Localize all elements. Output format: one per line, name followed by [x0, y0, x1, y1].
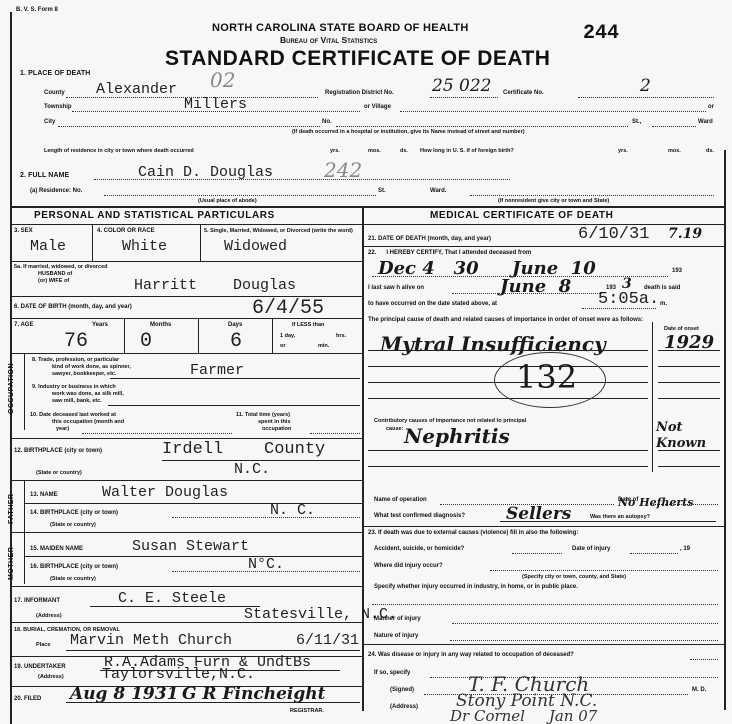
certify-label: 22. I HEREBY CERTIFY, That I attended de… — [368, 250, 531, 256]
hospital-note: (If death occurred in a hospital or inst… — [292, 129, 525, 135]
form-id: B. V. S. Form 8 — [16, 7, 58, 13]
age-months-value: 0 — [140, 330, 152, 353]
residence-ward-label: Ward. — [430, 188, 446, 194]
principal-cause-label: The principal cause of death and related… — [368, 315, 718, 325]
time-suffix: m. — [660, 301, 667, 307]
trade-label-1: 8. Trade, profession, or particular — [32, 357, 119, 363]
death-certificate: B. V. S. Form 8 NORTH CAROLINA STATE BOA… — [0, 0, 732, 724]
industry-label-1: 9. Industry or business in which — [32, 384, 116, 390]
last-worked-label-1: 10. Date deceased last worked at — [30, 412, 116, 418]
contributory-onset-value: Not Known — [656, 420, 722, 452]
date-of-death-extra: 7.19 — [668, 226, 702, 242]
foreign-birth-label: How long in U. S. if of foreign birth? — [420, 148, 514, 154]
ward-label: Ward — [698, 119, 713, 125]
county-label: County — [44, 90, 65, 96]
township-value: Millers — [184, 96, 247, 113]
burial-place-value: Marvin Meth Church — [70, 632, 232, 649]
residence-st-label: St. — [378, 188, 386, 194]
contributory-label-2: cause: — [386, 426, 403, 432]
trade-label-3: sawyer, bookkeeper, etc. — [52, 371, 117, 377]
filed-label: 20. FILED — [14, 696, 41, 702]
no-label: No. — [322, 119, 332, 125]
age-years-value: 76 — [64, 330, 88, 353]
birthplace-value: Irdell County — [162, 440, 325, 459]
time-of-death-value: 5:05a. — [598, 290, 659, 309]
full-name-annotation: 242 — [324, 158, 362, 182]
right-border — [724, 150, 726, 710]
signed-label: (Signed) — [390, 687, 414, 693]
bureau-title: Bureau of Vital Statistics — [280, 35, 377, 45]
autopsy-label: Was there an autopsy? — [590, 514, 650, 520]
nature-label: Nature of injury — [374, 633, 418, 639]
days-label: Days — [228, 322, 242, 328]
or-label: or — [708, 104, 714, 110]
yrs-label: yrs. — [330, 148, 340, 154]
filed-value: Aug 8 1931 — [70, 684, 178, 704]
marital-value: Widowed — [224, 238, 287, 255]
father-name-label: 13. NAME — [30, 492, 58, 498]
spouse-label-3: (or) WIFE of — [38, 278, 69, 284]
or-label-age: or — [280, 343, 286, 349]
total-time-label-1: 11. Total time (years) — [236, 412, 290, 418]
trade-label-2: kind of work done, as spinner, — [52, 364, 131, 370]
last-worked-label-3: year) — [56, 426, 69, 432]
father-state-label: (State or country) — [50, 522, 96, 528]
burial-date-value: 6/11/31 — [296, 632, 359, 649]
less-than-label: If LESS than — [292, 322, 324, 328]
place-of-death-label: 1. PLACE OF DEATH — [20, 70, 90, 77]
manner-label: Manner of injury — [374, 616, 421, 622]
birthplace-state-value: N.C. — [234, 461, 270, 478]
informant-value: C. E. Steele — [118, 590, 226, 607]
principal-cause-value: Mytral Insufficiency — [380, 332, 606, 356]
father-birthplace-label: 14. BIRTHPLACE (city or town) — [30, 510, 118, 516]
registration-district-label: Registration District No. — [325, 90, 394, 96]
burial-place-label: Place — [36, 642, 50, 648]
age-days-value: 6 — [230, 330, 242, 353]
bottom-annotation: Dr Cornel Jan 07 — [450, 707, 597, 724]
board-title: NORTH CAROLINA STATE BOARD OF HEALTH — [212, 22, 469, 34]
personal-section-title: PERSONAL AND STATISTICAL PARTICULARS — [34, 210, 275, 221]
accident-label: Accident, suicide, or homicide? — [374, 546, 464, 552]
registration-district-value: 25 022 — [432, 76, 491, 96]
date-injury-label: Date of injury — [572, 546, 610, 552]
undertaker-address-value: Taylorsville,N.C. — [102, 666, 255, 683]
father-side-label: FATHER — [8, 494, 15, 524]
min-label: min. — [318, 343, 329, 349]
trade-value: Farmer — [190, 362, 244, 379]
birthplace-state-label: (State or country) — [36, 470, 82, 476]
annotation-top: 02 — [210, 68, 235, 92]
ds-label-2: ds. — [706, 148, 714, 154]
column-divider — [362, 207, 364, 711]
certificate-value: 2 — [640, 76, 651, 96]
occurred-label: to have occurred on the date stated abov… — [368, 301, 497, 307]
total-time-label-3: occupation — [262, 426, 291, 432]
full-name-label: 2. FULL NAME — [20, 172, 69, 179]
city-label: City — [44, 119, 55, 125]
industry-label-2: work was done, as silk mill, — [52, 391, 124, 397]
st-label: St., — [632, 119, 641, 125]
father-birthplace-value: N. C. — [270, 502, 315, 519]
occupation-side-label: OCCUPATION — [8, 363, 15, 414]
residence-length-label: Length of residence in city or town wher… — [44, 148, 194, 154]
spouse-label-1: 5a. If married, widowed, or divorced — [14, 264, 108, 270]
ds-label: ds. — [400, 148, 408, 154]
township-label: Township — [44, 104, 72, 110]
signer-address-label: (Address) — [390, 704, 418, 710]
age-label: 7. AGE — [14, 322, 33, 328]
mother-side-label: MOTHER — [8, 547, 15, 580]
birthplace-label: 12. BIRTHPLACE (city or town) — [14, 448, 102, 454]
spouse-label-2: HUSBAND of — [38, 271, 72, 277]
informant-address-label: (Address) — [36, 613, 62, 619]
registrar-signature: G R Fincheight — [182, 684, 325, 704]
contributory-cause-value: Nephritis — [404, 424, 510, 448]
sex-value: Male — [30, 238, 66, 255]
residence-label: (a) Residence: No. — [30, 188, 82, 194]
nonresident-note: (If nonresident give city or town and St… — [498, 198, 609, 204]
attended-year-label: 193 — [672, 268, 682, 274]
year-19-label: , 19 — [680, 546, 690, 552]
mother-birthplace-label: 16. BIRTHPLACE (city or town) — [30, 564, 118, 570]
marital-label: 5. Single, Married, Widowed, or Divorced… — [204, 228, 354, 234]
undertaker-address-label: (Address) — [38, 674, 64, 680]
where-label: Where did injury occur? — [374, 563, 443, 569]
mos-label-2: mos. — [668, 148, 681, 154]
occupation-related-label: 24. Was disease or injury in any way rel… — [368, 652, 574, 658]
race-value: White — [122, 238, 167, 255]
usual-place-note: (Usual place of abode) — [198, 198, 257, 204]
last-saw-label: I last saw h alive on — [368, 285, 424, 291]
if-so-label: If so, specify — [374, 670, 410, 676]
diagnosis-label: What test confirmed diagnosis? — [374, 513, 465, 519]
race-label: 4. COLOR OR RACE — [97, 228, 155, 234]
sex-label: 3. SEX — [14, 228, 33, 234]
circled-code-value: 132 — [516, 358, 577, 396]
full-name-value: Cain D. Douglas — [138, 164, 273, 181]
total-time-label-2: spent in this — [258, 419, 290, 425]
hrs-label: hrs. — [336, 333, 346, 339]
industry-label-3: saw mill, bank, etc. — [52, 398, 102, 404]
operation-label: Name of operation — [374, 497, 427, 503]
yrs-label-2: yrs. — [618, 148, 628, 154]
day-label: 1 day, — [280, 333, 295, 339]
registrar-label: REGISTRAR. — [290, 708, 324, 714]
county-value: Alexander — [96, 81, 177, 98]
village-label: or Village — [364, 104, 391, 110]
years-label: Years — [92, 322, 108, 328]
undertaker-label: 19. UNDERTAKER — [14, 664, 66, 670]
date-of-death-label: 21. DATE OF DEATH (month, day, and year) — [368, 236, 491, 242]
date-of-death-value: 6/10/31 — [578, 225, 649, 244]
mother-birthplace-value: N°C. — [248, 556, 284, 573]
dob-label: 6. DATE OF BIRTH (month, day, and year) — [14, 304, 132, 310]
stamp-number: 244 — [583, 22, 619, 45]
father-name-value: Walter Douglas — [102, 484, 228, 501]
md-label: M. D. — [692, 687, 706, 693]
mother-state-label: (State or country) — [50, 576, 96, 582]
informant-label: 17. INFORMANT — [14, 598, 60, 604]
certificate-label: Certificate No. — [503, 90, 544, 96]
dob-value: 6/4/55 — [252, 297, 324, 320]
mother-name-label: 15. MAIDEN NAME — [30, 546, 83, 552]
spouse-value: Harritt Douglas — [134, 277, 296, 294]
medical-section-title: MEDICAL CERTIFICATE OF DEATH — [430, 210, 613, 221]
autopsy-value: No Hefherts — [618, 496, 693, 509]
specify-city-note: (Specify city or town, county, and State… — [522, 574, 626, 580]
last-worked-label-2: this occupation (month and — [52, 419, 124, 425]
months-label: Months — [150, 322, 171, 328]
external-label: 23. If death was due to external causes … — [368, 530, 578, 536]
specify-place-label: Specify whether injury occurred in indus… — [374, 584, 578, 590]
mother-name-value: Susan Stewart — [132, 538, 249, 555]
mos-label: mos. — [368, 148, 381, 154]
